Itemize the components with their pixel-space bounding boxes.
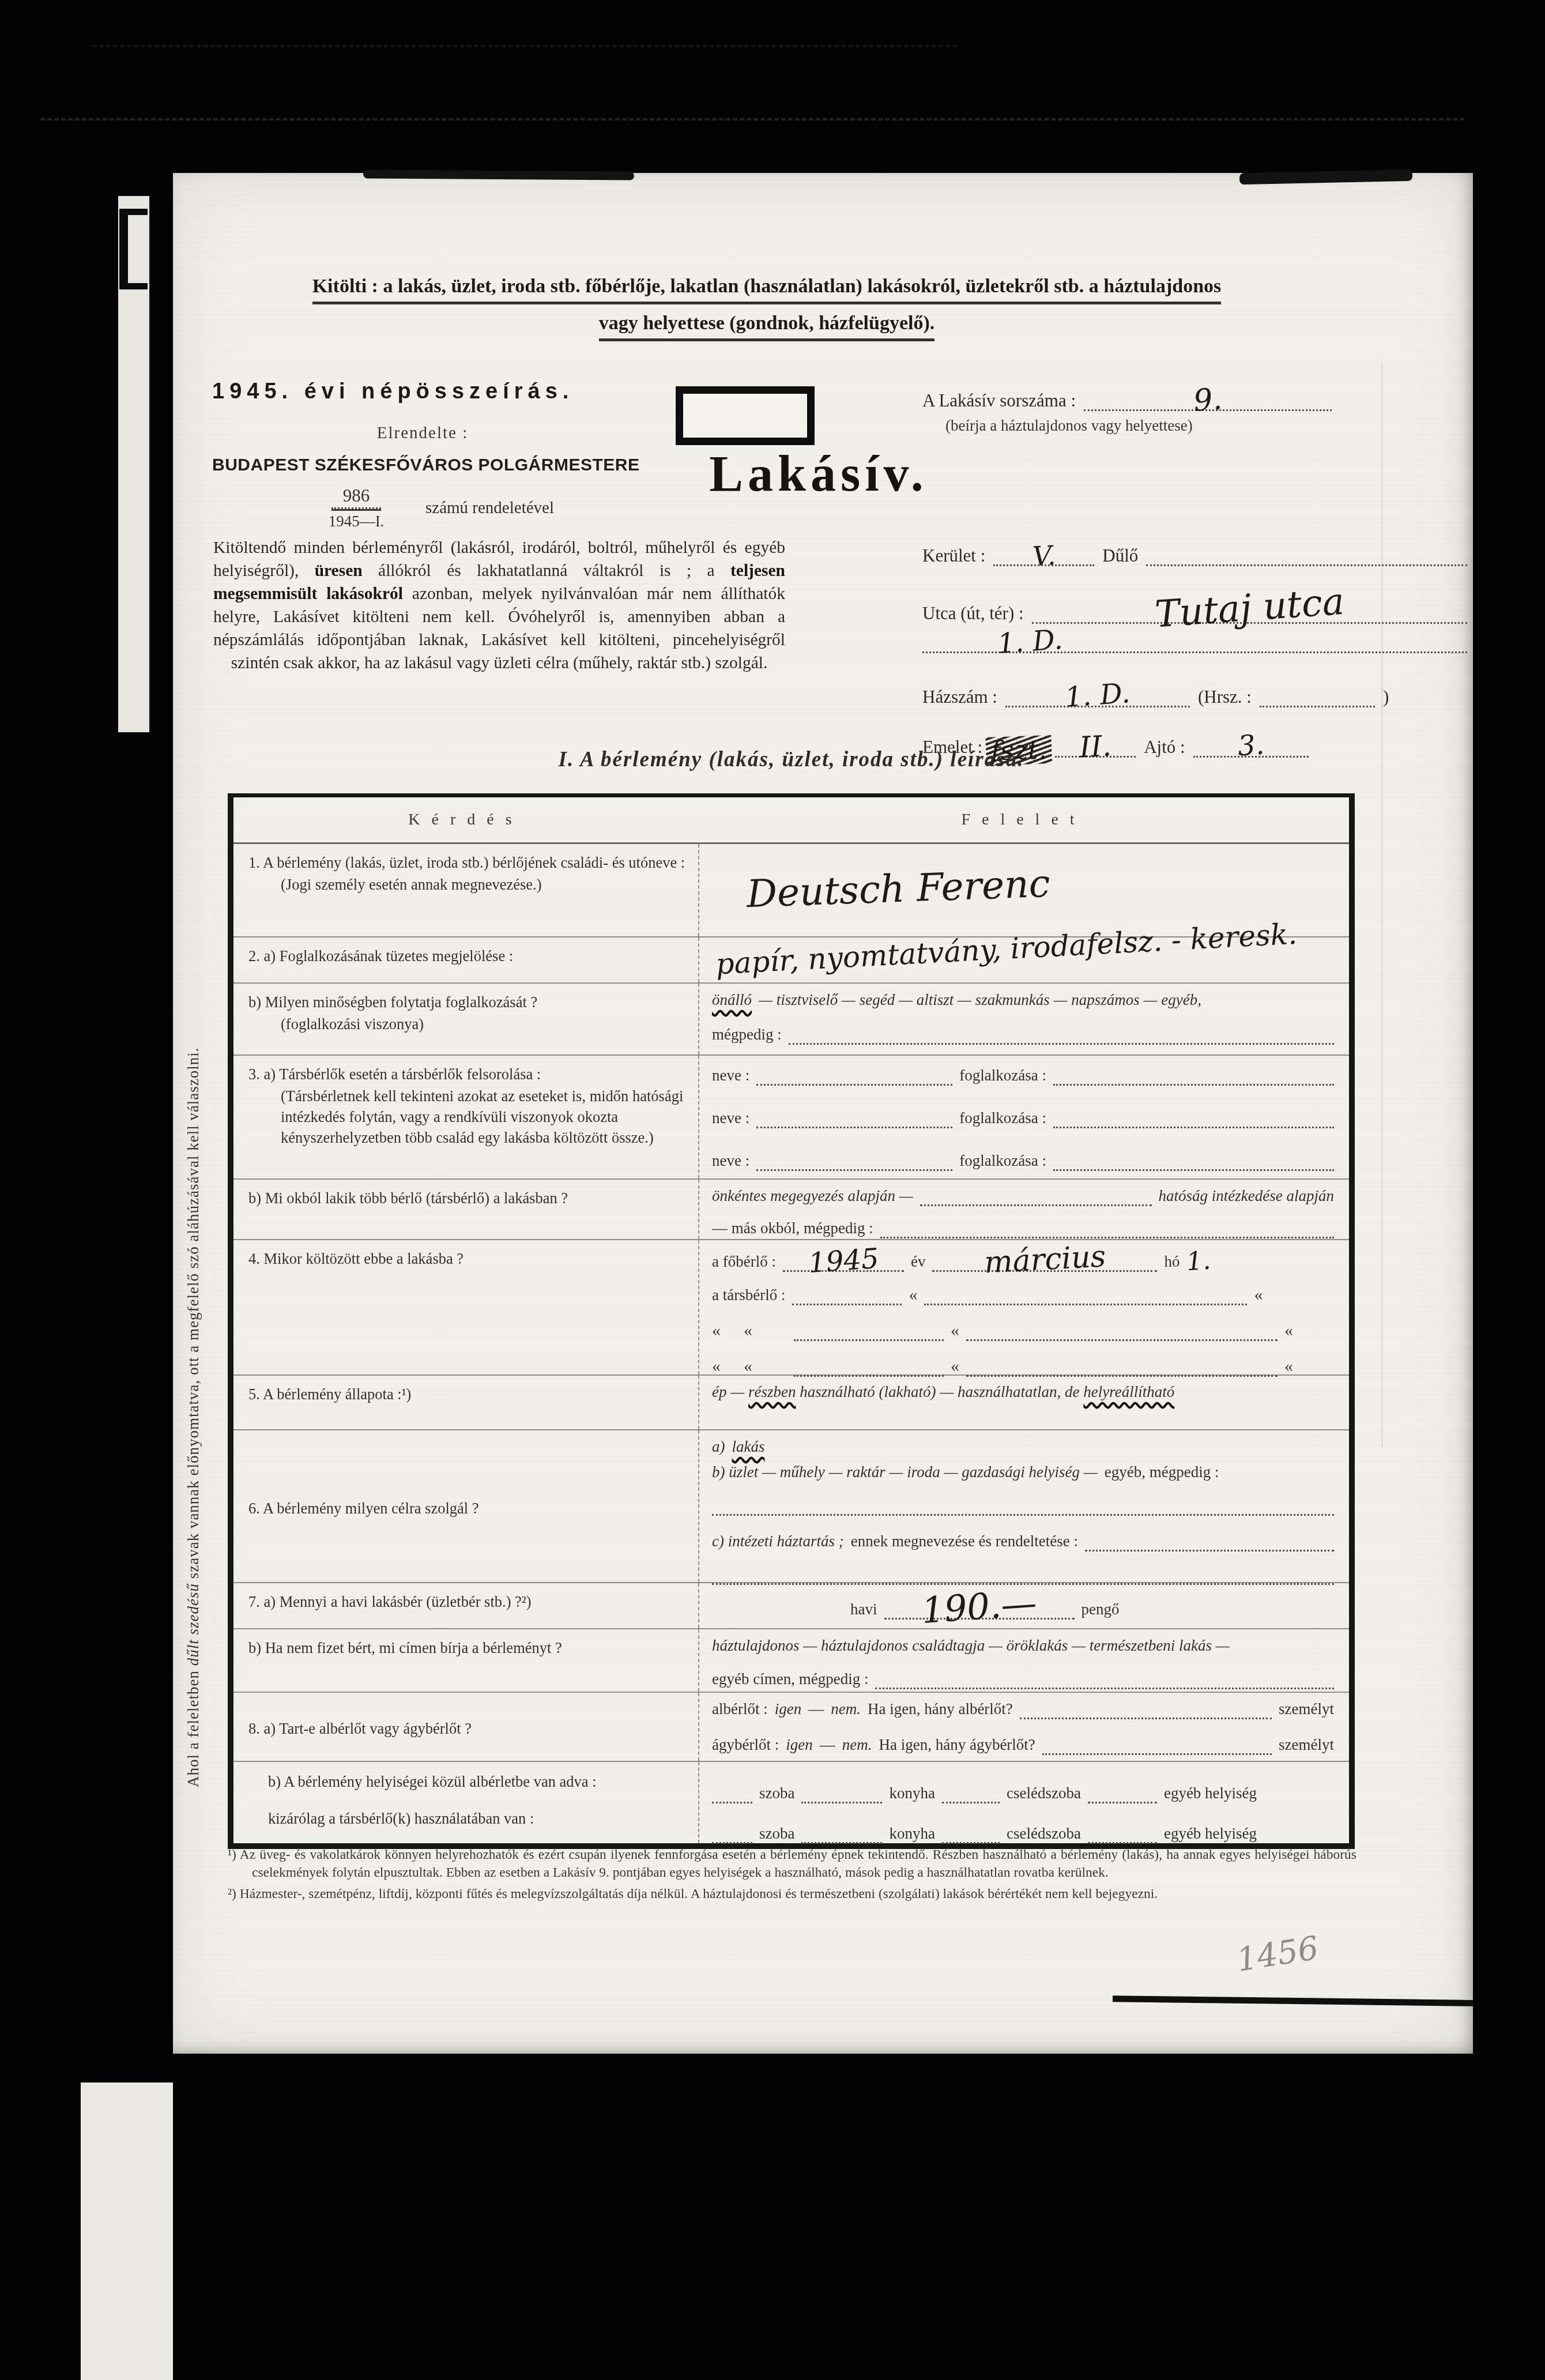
table-row: 3. a) Társbérlők esetén a társbérlők fel… [233,1055,1349,1178]
dulo-dotted-line [1146,549,1467,566]
dotted-line [794,1360,944,1377]
purpose-c-label: c) intézeti háztartás ; [712,1531,844,1551]
ordered-by-label: Elrendelte : [212,424,633,443]
ditto-mark: « [909,1285,917,1305]
question-cell: 8. a) Tart-e albérlőt vagy ágybérlőt ? [233,1693,698,1761]
dotted-line: 1945 [783,1248,904,1271]
purpose-a-label: a) [712,1436,725,1457]
form-instructions-header: Kitölti : a lakás, üzlet, iroda stb. főb… [208,276,1326,334]
question-subtext: (Jogi személy esetén annak megnevezése.) [248,874,687,895]
answer-line: « « « « [712,1356,1334,1377]
answer-line: ágybérlőt : igen — nem. Ha igen, hány ág… [712,1734,1334,1755]
purpose-c-rest: ennek megnevezése és rendeltetése : [851,1531,1078,1551]
movein-month-handwritten: március [970,1244,1120,1276]
footnote-2: ²) Házmester-, szemétpénz, liftdíj, közp… [228,1885,1356,1903]
serial-note: (beírja a háztulajdonos vagy helyettese) [945,417,1464,435]
intro-bold-uresen: üresen [315,562,363,580]
table-row: 5. A bérlemény állapota :¹) ép — részben… [233,1374,1349,1429]
nem-option: nem. [842,1734,872,1755]
condition-options: ép — [712,1383,748,1400]
answer-cell: a főbérlő : 1945 év március hó 1. a társ… [698,1240,1349,1374]
dotted-line [1085,1534,1334,1551]
footnote-1: ¹) Az üveg- és vakolatkárok könnyen hely… [228,1846,1356,1882]
answer-cell: önkéntes megegyezés alapján — hatóság in… [698,1180,1349,1239]
szoba-label: szoba [759,1823,794,1844]
neve-label: neve : [712,1150,749,1171]
question-text: b) Ha nem fizet bért, mi címen bírja a b… [248,1637,687,1658]
table-row: b) Ha nem fizet bért, mi címen bírja a b… [233,1628,1349,1692]
table-row: 7. a) Mennyi a havi lakásbér (üzletbér s… [233,1582,1349,1628]
tarsberlo-label: a társbérlő : [712,1285,785,1305]
purpose-b-options: b) üzlet — műhely — raktár — iroda — gaz… [712,1462,1098,1482]
ditto-mark: « [1284,1320,1293,1341]
table-title: I. A bérlemény (lakás, üzlet, iroda stb.… [228,747,1355,772]
dotted-line [1053,1111,1334,1128]
question-cell: 4. Mikor költözött ebbe a lakásba ? [233,1240,698,1374]
footnotes: ¹) Az üveg- és vakolatkárok könnyen hely… [228,1846,1356,1907]
answer-line: neve : foglalkozása : [712,1108,1334,1128]
answer-line: egyéb címen, mégpedig : [712,1669,1334,1689]
szemelyt-label: személyt [1279,1734,1334,1755]
dotted-line [875,1672,1334,1689]
hrsz-close: ) [1383,687,1389,707]
question-cell: b) Milyen minőségben folytatja foglalkoz… [233,984,698,1055]
street-value-handwritten: Tutaj utca [1137,586,1363,631]
answer-cell: a) lakás b) üzlet — műhely — raktár — ir… [698,1430,1349,1582]
dotted-line [1053,1068,1334,1086]
igen-option: igen [775,1699,802,1719]
answer-line: albérlőt : igen — nem. Ha igen, hány alb… [712,1699,1334,1719]
question-cell: b) Mi okból lakik több bérlő (társbérlő)… [233,1180,698,1239]
dotted-line [1088,1786,1157,1803]
condition-options: használható (lakható) — használhatatlan,… [796,1383,1084,1400]
scan-artifact-dashes [92,45,957,47]
igen-option: igen [786,1734,813,1755]
dotted-line: 190.— [884,1589,1075,1620]
table-row: b) A bérlemény helyiségei közül albérlet… [233,1761,1349,1843]
serial-label: A Lakásív sorszáma : [922,390,1076,411]
answer-cell: papír, nyomtatvány, irodafelsz. - keresk… [698,937,1349,982]
foglalkozasa-label: foglalkozása : [959,1108,1046,1128]
answer-line: c) intézeti háztartás ; ennek megnevezés… [712,1531,1334,1551]
question-text: b) A bérlemény helyiségei közül albérlet… [248,1771,687,1792]
egyeb-helyiseg-label: egyéb helyiség [1164,1823,1257,1844]
dotted-line [880,1221,1334,1238]
page-strip-bottom-left [81,2082,173,2380]
serial-value-handwritten: 9. [1193,387,1223,413]
agyberlo-count-question: Ha igen, hány ágybérlőt? [879,1734,1035,1755]
dotted-line [942,1827,1000,1844]
question-text: 5. A bérlemény állapota :¹) [248,1384,687,1404]
answer-line: a) lakás [712,1436,1334,1457]
condition-selected-reszben: részben [748,1383,796,1400]
neve-label: neve : [712,1065,749,1086]
table-row: 4. Mikor költözött ebbe a lakásba ? a fő… [233,1239,1349,1374]
question-text: 3. a) Társbérlők esetén a társbérlők fel… [248,1064,687,1084]
decree-number-fraction: 986 1945—I. [299,485,414,530]
table-row: 6. A bérlemény milyen célra szolgál ? a)… [233,1429,1349,1582]
answer-cell: neve : foglalkozása : neve : foglalkozás… [698,1056,1349,1178]
option-mas-okbol: — más okból, mégpedig : [712,1218,873,1238]
question-cell: 1. A bérlemény (lakás, üzlet, iroda stb.… [233,844,698,936]
szoba-label: szoba [759,1783,794,1803]
dash: — [808,1699,824,1719]
description-table: Kérdés Felelet 1. A bérlemény (lakás, üz… [228,793,1355,1849]
question-cell: 7. a) Mennyi a havi lakásbér (üzletbér s… [233,1583,698,1628]
dotted-line [756,1154,952,1171]
answer-cell: ép — részben használható (lakható) — has… [698,1376,1349,1429]
address-block: Kerület : V. Dűlő Utca (út, tér) : Tutaj… [922,543,1467,758]
houseno-value-handwritten: 1. D. [1064,682,1131,709]
answer-cell: szoba konyha cselédszoba egyéb helyiség … [698,1762,1349,1843]
question-text: b) Milyen minőségben folytatja foglalkoz… [248,992,687,1012]
street-value2-handwritten: 1. D. [997,628,1063,655]
answer-line: — más okból, mégpedig : [712,1218,1334,1238]
question-text: kizárólag a társbérlő(k) használatában v… [248,1808,687,1829]
dotted-line [756,1111,952,1128]
nem-option: nem. [831,1699,861,1719]
movein-day-handwritten: 1. [1186,1251,1211,1272]
district-dotted-line: V. [993,543,1094,566]
ditto-mark: « [712,1356,721,1377]
answer-line: b) üzlet — műhely — raktár — iroda — gaz… [712,1462,1334,1482]
dotted-line [789,1027,1334,1045]
header-line1: Kitölti : a lakás, üzlet, iroda stb. főb… [312,276,1222,304]
paper-bottom-edge [1113,1995,1473,2006]
ditto-mark: « [951,1320,959,1341]
ditto-mark: « [1284,1356,1293,1377]
answer-line: a főbérlő : 1945 év március hó 1. [712,1246,1334,1272]
answer-line: önálló — tisztviselő — segéd — altiszt —… [712,989,1334,1010]
dotted-line [792,1288,902,1305]
column-header-question: Kérdés [233,811,698,829]
question-text: b) Mi okból lakik több bérlő (társbérlő)… [248,1188,687,1208]
dotted-line [1088,1827,1157,1844]
dotted-line [712,1498,1334,1516]
dotted-line [1042,1738,1272,1755]
pencil-annotation: 1456 [1235,1935,1320,1974]
alberlo-count-question: Ha igen, hány albérlőt? [868,1699,1013,1719]
question-subtext: (Társbérletnek kell tekinteni azokat az … [248,1086,687,1148]
dotted-line [712,1827,752,1844]
answer-cell: albérlőt : igen — nem. Ha igen, hány alb… [698,1693,1349,1761]
decree-number: 986 [331,485,382,509]
question-cell: b) Ha nem fizet bért, mi címen bírja a b… [233,1629,698,1692]
side-note-text: Ahol a feleletben [184,1666,202,1787]
answer-line: havi 190.— pengő [850,1589,1334,1620]
district-label: Kerület : [922,545,985,566]
street-dotted-line: Tutaj utca [1032,593,1467,624]
answer-line: háztulajdonos — háztulajdonos családtagj… [712,1635,1334,1656]
answer-cell: önálló — tisztviselő — segéd — altiszt —… [698,984,1349,1055]
form-title: Lakásív. [646,445,992,503]
dotted-line [966,1360,1278,1377]
alberlo-label: albérlőt : [712,1699,768,1719]
table-row: b) Milyen minőségben folytatja foglalkoz… [233,982,1349,1055]
district-row: Kerület : V. Dűlő [922,543,1467,566]
fobelo-label: a főbérlő : [712,1251,776,1272]
question-cell: 6. A bérlemény milyen célra szolgál ? [233,1430,698,1582]
column-header-answer: Felelet [698,811,1349,829]
side-note-italic: dűlt szedésű [184,1583,202,1666]
question-text: 1. A bérlemény (lakás, üzlet, iroda stb.… [248,852,687,873]
answer-line: « « « « [712,1320,1334,1341]
konyha-label: konyha [889,1823,934,1844]
corner-bracket-mark [119,209,148,289]
answer-line: mégpedig : [712,1024,1334,1045]
havi-label: havi [850,1599,877,1620]
answer-line: neve : foglalkozása : [712,1065,1334,1086]
page-edge-sliver [118,196,149,732]
answer-cell: háztulajdonos — háztulajdonos családtagj… [698,1629,1349,1692]
option-onkentes: önkéntes megegyezés alapján — [712,1185,913,1206]
hrsz-label: (Hrsz. : [1198,687,1252,707]
option-hatosag: hatóság intézkedése alapján [1159,1185,1334,1206]
census-block: 1945. évi népösszeírás. Elrendelte : BUD… [212,379,633,530]
houseno-row: Házszám : 1. D. (Hrsz. : ) [922,683,1467,707]
intro-paragraph: Kitöltendő minden bérleményről (lakásról… [213,536,785,675]
answer-line: a társbérlő : « « [712,1285,1334,1305]
dotted-line [1020,1702,1272,1719]
foglalkozasa-label: foglalkozása : [959,1150,1046,1171]
answer-line: ép — részben használható (lakható) — has… [712,1381,1334,1402]
table-row: 2. a) Foglalkozásának tüzetes megjelölés… [233,936,1349,982]
question-text: 4. Mikor költözött ebbe a lakásba ? [248,1248,687,1269]
census-title: 1945. évi népösszeírás. [212,379,633,404]
ditto-mark: « [712,1320,721,1341]
cseledszoba-label: cselédszoba [1007,1823,1081,1844]
intro-text: állókról és lakhatatlanná váltakról is ;… [363,562,730,580]
szemelyt-label: személyt [1279,1699,1334,1719]
district-value-handwritten: V. [1032,545,1056,567]
movein-year-handwritten: 1945 [808,1248,880,1275]
table-row: 8. a) Tart-e albérlőt vagy ágybérlőt ? a… [233,1692,1349,1761]
egyeb-cimen-label: egyéb címen, mégpedig : [712,1669,868,1689]
question-text: 8. a) Tart-e albérlőt vagy ágybérlőt ? [248,1718,472,1739]
houseno-label: Házszám : [922,687,997,707]
serial-number-block: A Lakásív sorszáma : 9. (beírja a háztul… [922,385,1464,435]
table-row: b) Mi okból lakik több bérlő (társbérlő)… [233,1178,1349,1239]
dotted-line [1053,1154,1334,1171]
answer-line: szoba konyha cselédszoba egyéb helyiség [712,1783,1334,1803]
dotted-line [966,1324,1278,1341]
megpedig-label: mégpedig : [712,1024,782,1045]
scan-smudge [1239,170,1412,184]
decree-year: 1945—I. [329,509,385,530]
ditto-mark: « [744,1320,752,1341]
cseledszoba-label: cselédszoba [1007,1783,1081,1803]
houseno-dotted-line: 1. D. [1005,683,1190,707]
purpose-b-rest: egyéb, mégpedig : [1105,1462,1219,1482]
street-label: Utca (út, tér) : [922,603,1024,624]
dotted-line [712,1786,752,1803]
dash: — [820,1734,835,1755]
dotted-line [942,1786,1000,1803]
authority-name: BUDAPEST SZÉKESFŐVÁROS POLGÁRMESTERE [212,455,633,475]
answer-line: neve : foglalkozása : [712,1150,1334,1171]
decree-text: számú rendeletével [425,499,554,518]
side-note-text: szavak vannak előnyomtatva, ott a megfel… [184,1047,202,1583]
header-line2: vagy helyettese (gondnok, házfelügyelő). [599,312,935,341]
rent-amount-handwritten: 190.— [906,1587,1053,1626]
foglalkozasa-label: foglalkozása : [959,1065,1046,1086]
answer-line [712,1498,1334,1516]
dulo-label: Dűlő [1102,545,1138,566]
dotted-line: március [932,1246,1157,1272]
ev-label: év [911,1251,925,1272]
ho-label: hó [1164,1251,1180,1272]
dotted-line [920,1189,1152,1206]
scan-background: Kitölti : a lakás, üzlet, iroda stb. főb… [0,0,1545,2380]
question-subtext: (foglalkozási viszonya) [248,1014,687,1034]
decree-reference: 986 1945—I. számú rendeletével [299,485,633,530]
egyeb-helyiseg-label: egyéb helyiség [1164,1783,1257,1803]
pengo-label: pengő [1081,1599,1120,1620]
scan-smudge [363,170,634,180]
tenant-name-handwritten: Deutsch Ferenc [746,869,1050,910]
street-row: Utca (út, tér) : Tutaj utca [922,593,1467,624]
dotted-line [794,1324,944,1341]
answer-line: szoba konyha cselédszoba egyéb helyiség [712,1823,1334,1844]
lakasiv-form-page: Kitölti : a lakás, üzlet, iroda stb. főb… [173,173,1473,2054]
scan-artifact-dashes [40,118,1464,120]
paper-fold-line [1381,363,1383,1447]
serial-stamp-box [676,386,815,445]
ditto-mark: « [1254,1285,1263,1305]
dotted-line [756,1068,952,1086]
question-text: 6. A bérlemény milyen célra szolgál ? [248,1498,479,1519]
answer-cell: havi 190.— pengő [698,1583,1349,1628]
condition-selected-helyreallithato: helyreállítható [1083,1383,1174,1400]
serial-dotted-line: 9. [1084,385,1332,411]
table-header-row: Kérdés Felelet [233,797,1349,844]
question-cell: 2. a) Foglalkozásának tüzetes megjelölés… [233,937,698,982]
question-cell: b) A bérlemény helyiségei közül albérlet… [233,1762,698,1843]
vertical-margin-note: Ahol a feleletben dűlt szedésű szavak va… [184,827,202,1787]
dotted-line [924,1288,1247,1305]
question-cell: 5. A bérlemény állapota :¹) [233,1376,698,1429]
answer-line: önkéntes megegyezés alapján — hatóság in… [712,1185,1334,1206]
hrsz-dotted-line [1260,690,1375,707]
neve-label: neve : [712,1108,749,1128]
question-text: 2. a) Foglalkozásának tüzetes megjelölés… [248,946,687,966]
dotted-line [801,1827,882,1844]
ditto-mark: « [951,1356,959,1377]
purpose-selected-lakas: lakás [732,1436,765,1457]
question-cell: 3. a) Társbérlők esetén a társbérlők fel… [233,1056,698,1178]
agyberlo-label: ágybérlőt : [712,1734,779,1755]
option-list: — tisztviselő — segéd — altiszt — szakmu… [759,989,1201,1010]
konyha-label: konyha [889,1783,934,1803]
option-selected-onallo: önálló [712,989,752,1010]
dotted-line [801,1786,882,1803]
ditto-mark: « [744,1356,752,1377]
tenure-options: háztulajdonos — háztulajdonos családtagj… [712,1635,1230,1656]
question-text: 7. a) Mennyi a havi lakásbér (üzletbér s… [248,1591,687,1612]
